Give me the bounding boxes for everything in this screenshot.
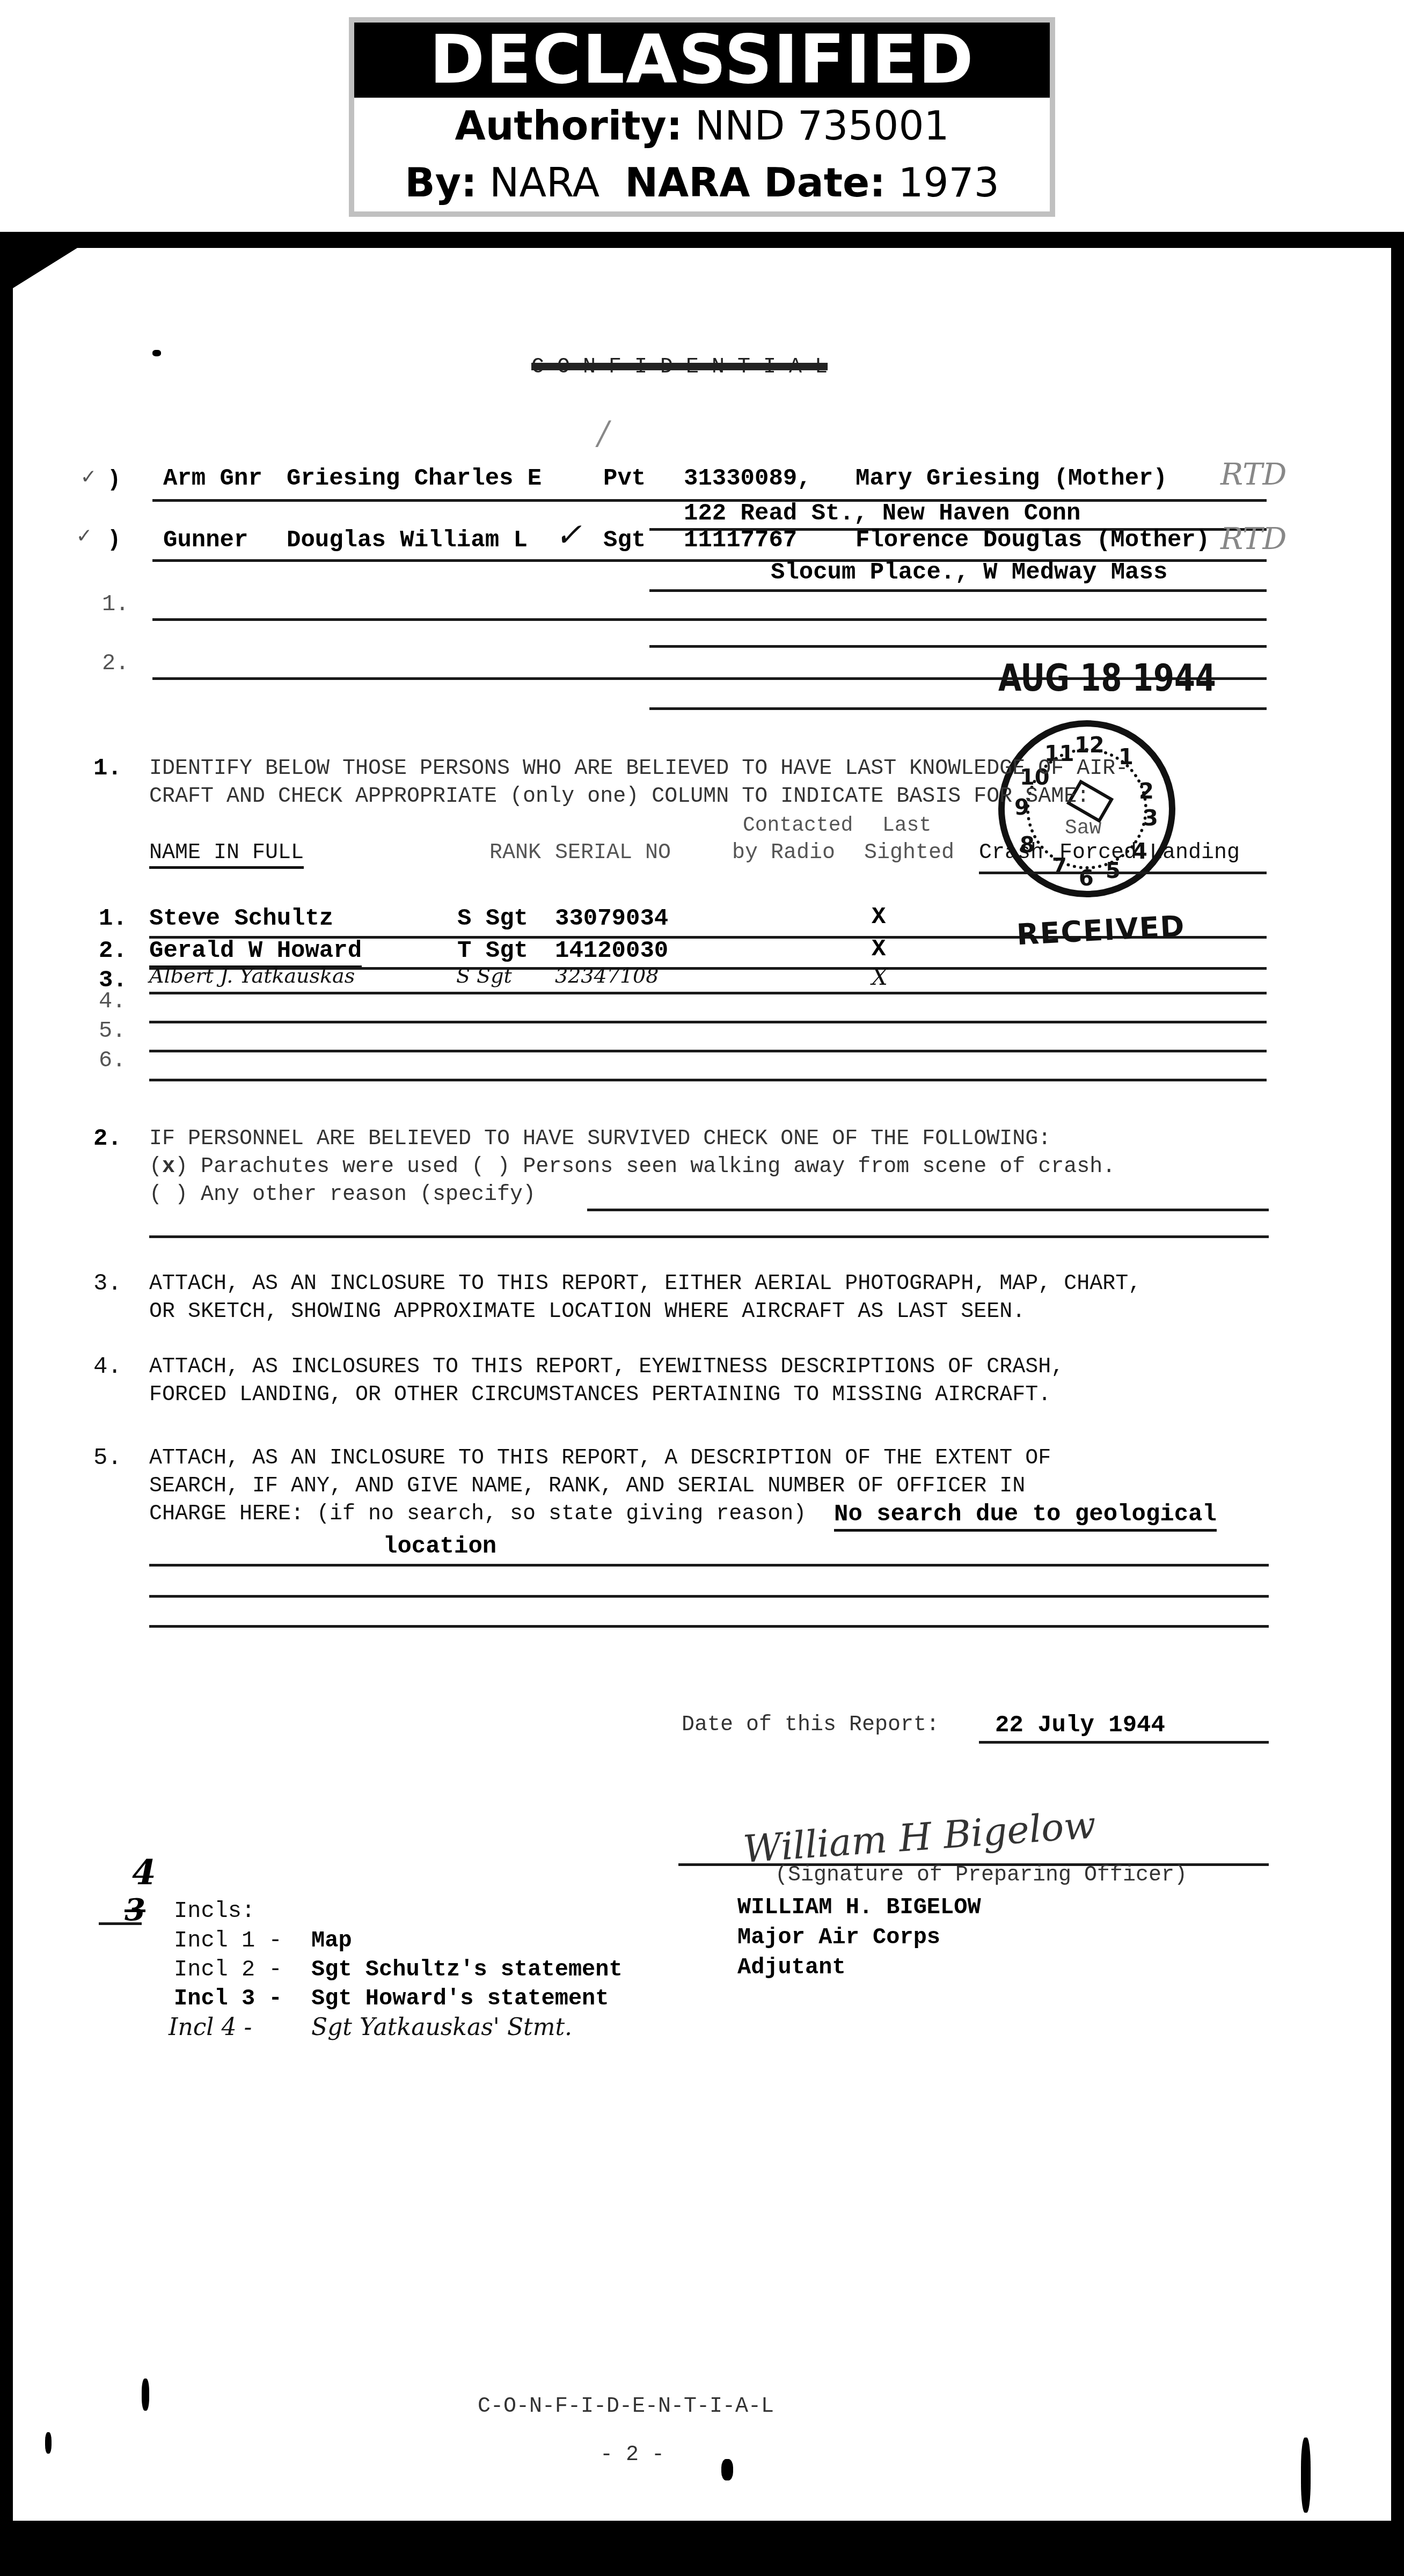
inclosure-count-handwritten: 4 (132, 1853, 156, 1893)
crew-name: Douglas William L (287, 527, 528, 554)
section1-instruction-line1: IDENTIFY BELOW THOSE PERSONS WHO ARE BEL… (149, 757, 1128, 781)
crew-position: Arm Gnr (163, 465, 262, 492)
crew-rank: Sgt (603, 527, 646, 554)
authority-value: NND 735001 (695, 103, 949, 149)
parachutes-option: Parachutes were used (201, 1155, 458, 1179)
nara-date-label: NARA Date: (625, 160, 886, 206)
section-number: 4. (93, 1353, 122, 1380)
check-mark-icon: ✓ (82, 463, 95, 491)
page-number: - 2 - (600, 2443, 664, 2467)
inclosure-label: Incl 1 - (174, 1928, 282, 1953)
declassified-title: DECLASSIFIED (354, 23, 1050, 98)
col-contacted-bottom: by Radio (732, 841, 835, 865)
row-number: 5. (99, 1018, 126, 1044)
section5-line3: CHARGE HERE: (if no search, so state giv… (149, 1502, 806, 1526)
row-number: 6. (99, 1048, 126, 1073)
section3-line1: ATTACH, AS AN INCLOSURE TO THIS REPORT, … (149, 1272, 1141, 1296)
scan-speck (45, 2432, 52, 2454)
section-number: 5. (93, 1445, 122, 1472)
last-sighted-mark: X (872, 936, 886, 963)
col-rank: RANK (489, 841, 541, 865)
crew-serial: 11117767 (684, 527, 797, 554)
header-classification-text: C-O-N-F-I-D-E-N-T-I-A-L (531, 355, 828, 379)
row-number: 1. (102, 591, 129, 617)
received-stamp: RECEIVED (1016, 909, 1186, 952)
declassified-banner: DECLASSIFIED Authority: NND 735001 By: N… (349, 17, 1055, 217)
rtd-note: RTD (1220, 457, 1286, 492)
check-mark-icon: ✓ (555, 516, 582, 554)
section5-line1: ATTACH, AS AN INCLOSURE TO THIS REPORT, … (149, 1446, 1051, 1470)
crew-serial: 31330089, (684, 465, 811, 492)
authority-label: Authority: (455, 103, 682, 149)
witness-rank: S Sgt (457, 905, 528, 932)
section2-instruction: IF PERSONNEL ARE BELIEVED TO HAVE SURVIV… (149, 1127, 1051, 1151)
inclosure-text: Sgt Howard's statement (311, 1986, 609, 2011)
received-clock-stamp: 12 1 2 3 4 5 6 7 8 9 10 11 (998, 720, 1175, 897)
col-crash: Crash (979, 841, 1043, 865)
inclosures-label: Incls: (174, 1898, 255, 1924)
last-sighted-mark: X (872, 964, 888, 990)
nara-date-value: 1973 (898, 160, 999, 206)
row-number: 1. (99, 905, 127, 932)
witness-name-handwritten: Albert J. Yatkauskas (149, 964, 355, 987)
inclosure-text: Map (311, 1928, 352, 1953)
witness-rank: T Sgt (457, 938, 528, 964)
witness-name: Steve Schultz (149, 905, 333, 932)
crew-next-of-kin: Florence Douglas (Mother) (855, 527, 1210, 554)
search-answer-line1: No search due to geological (834, 1501, 1217, 1528)
witness-serial-handwritten: 32347108 (555, 964, 659, 987)
witness-name: Gerald W Howard (149, 938, 362, 964)
col-name: NAME IN FULL (149, 841, 304, 865)
col-forced-landing: Forced Landing (1059, 841, 1240, 865)
officer-name: WILLIAM H. BIGELOW (737, 1894, 981, 1920)
authority-line: Authority: NND 735001 (354, 98, 1050, 155)
header-classification: C-O-N-F-I-D-E-N-T-I-A-L (531, 355, 828, 379)
section1-instruction-line2: CRAFT AND CHECK APPROPRIATE (only one) C… (149, 785, 1089, 809)
crew-position: Gunner (163, 527, 248, 554)
parachutes-checkbox: x (162, 1155, 175, 1179)
inclosure-label-handwritten: Incl 4 - (169, 2014, 252, 2041)
by-value: NARA (489, 160, 599, 206)
pencil-mark: / (598, 414, 609, 452)
col-saw-top: Saw (1065, 817, 1101, 840)
crew-name: Griesing Charles E (287, 465, 542, 492)
col-serial: SERIAL NO (555, 841, 671, 865)
section3-line2: OR SKETCH, SHOWING APPROXIMATE LOCATION … (149, 1300, 1025, 1324)
section5-line2: SEARCH, IF ANY, AND GIVE NAME, RANK, AND… (149, 1474, 1025, 1498)
col-contacted-top: Contacted (743, 814, 853, 837)
search-answer-line2: location (383, 1533, 496, 1560)
witness-rank-handwritten: S Sgt (456, 964, 512, 987)
col-last-bottom: Sighted (864, 841, 954, 865)
rtd-note: RTD (1220, 522, 1286, 557)
inclosure-label: Incl 3 - (174, 1986, 282, 2011)
section-number: 1. (93, 755, 122, 782)
row-number: 2. (102, 650, 129, 676)
document-page: C-O-N-F-I-D-E-N-T-I-A-L / ✓ ) Arm Gnr Gr… (13, 248, 1391, 2521)
walking-option: Persons seen walking away from scene of … (523, 1155, 1115, 1179)
scanned-page-border: C-O-N-F-I-D-E-N-T-I-A-L / ✓ ) Arm Gnr Gr… (0, 232, 1404, 2576)
inclosure-label: Incl 2 - (174, 1957, 282, 1982)
witness-serial: 14120030 (555, 938, 668, 964)
report-date-label: Date of this Report: (682, 1713, 939, 1737)
section2-options-line1: (x) Parachutes were used ( ) Persons see… (149, 1155, 1115, 1179)
officer-rank: Major Air Corps (737, 1924, 940, 1950)
section2-options-line2: ( ) Any other reason (specify) (149, 1183, 536, 1207)
col-last-top: Last (882, 814, 931, 837)
other-reason-option: Any other reason (specify) (201, 1183, 536, 1207)
scan-speck (1301, 2438, 1311, 2513)
section-number: 2. (93, 1125, 122, 1152)
scan-speck (721, 2459, 733, 2480)
received-date-stamp: AUG 18 1944 (998, 656, 1216, 700)
section-number: 3. (93, 1270, 122, 1297)
by-label: By: (405, 160, 477, 206)
officer-signature: William H Bigelow (742, 1803, 1098, 1871)
last-sighted-mark: X (872, 904, 886, 931)
crew-address: 122 Read St., New Haven Conn (684, 500, 1080, 527)
crew-next-of-kin: Mary Griesing (Mother) (855, 465, 1167, 492)
crew-rank: Pvt (603, 465, 646, 492)
crew-address: Slocum Place., W Medway Mass (771, 559, 1167, 586)
row-number: 2. (99, 938, 127, 964)
officer-title: Adjutant (737, 1955, 846, 1980)
ink-speck (152, 350, 161, 356)
scan-speck (142, 2379, 149, 2411)
report-date-value: 22 July 1944 (995, 1712, 1165, 1739)
signature-caption: (Signature of Preparing Officer) (775, 1863, 1187, 1887)
witness-serial: 33079034 (555, 905, 668, 932)
section4-line1: ATTACH, AS INCLOSURES TO THIS REPORT, EY… (149, 1355, 1064, 1379)
inclosure-text-handwritten: Sgt Yatkauskas' Stmt. (311, 2014, 572, 2041)
by-line: By: NARA NARA Date: 1973 (354, 155, 1050, 211)
row-number: 4. (99, 989, 126, 1014)
section4-line2: FORCED LANDING, OR OTHER CIRCUMSTANCES P… (149, 1383, 1051, 1407)
inclosure-text: Sgt Schultz's statement (311, 1957, 623, 1982)
check-mark-icon: ✓ (77, 522, 91, 550)
footer-classification: C-O-N-F-I-D-E-N-T-I-A-L (478, 2395, 774, 2419)
